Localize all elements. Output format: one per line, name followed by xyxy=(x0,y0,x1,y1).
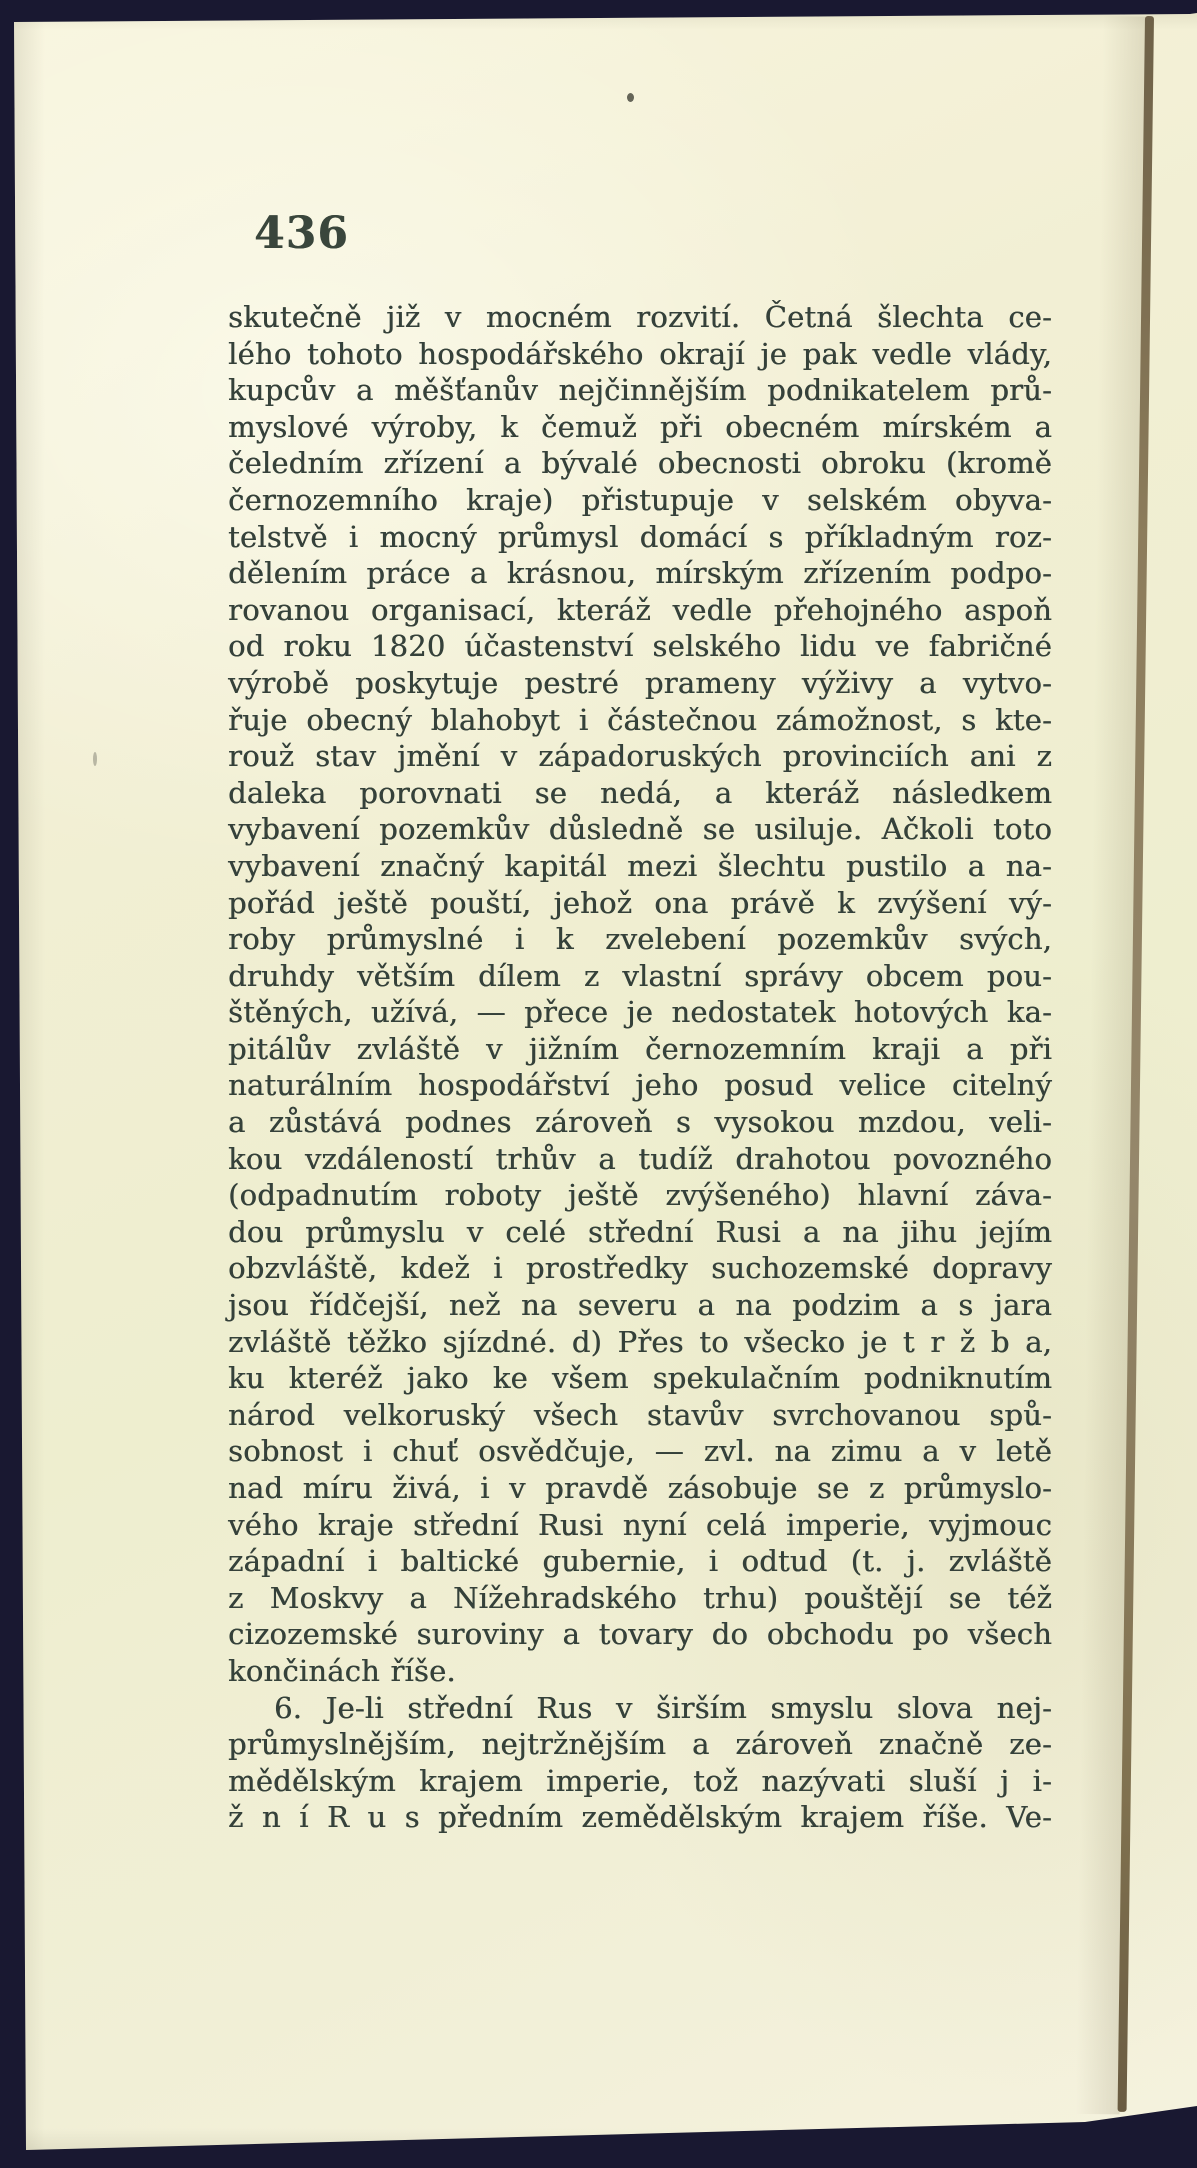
text-line: rouž stav jmění v západoruských provinci… xyxy=(228,738,1052,775)
text-line: nad míru živá, i v pravdě zásobuje se z … xyxy=(228,1470,1052,1507)
text-line: končinách říše. xyxy=(228,1653,1052,1690)
text-line: dou průmyslu v celé střední Rusi a na ji… xyxy=(228,1214,1052,1251)
text-line: pořád ještě pouští, jehož ona právě k zv… xyxy=(228,885,1052,922)
scan-speck xyxy=(627,93,634,102)
text-line: vybavení značný kapitál mezi šlechtu pus… xyxy=(228,848,1052,885)
text-line: výrobě poskytuje pestré prameny výživy a… xyxy=(228,665,1052,702)
text-line: západní i baltické gubernie, i odtud (t.… xyxy=(228,1543,1052,1580)
text-line: a zůstává podnes zároveň s vysokou mzdou… xyxy=(228,1104,1052,1141)
text-line: daleka porovnati se nedá, a kteráž násle… xyxy=(228,775,1052,812)
text-line: 6. Je-li střední Rus v širším smyslu slo… xyxy=(228,1690,1052,1727)
text-line: od roku 1820 účastenství selského lidu v… xyxy=(228,628,1052,665)
text-line: čeledním zřízení a bývalé obecnosti obro… xyxy=(228,445,1052,482)
text-line: roby průmyslné i k zvelebení pozemkův sv… xyxy=(228,921,1052,958)
text-line: pitálův zvláště v jižním černozemním kra… xyxy=(228,1031,1052,1068)
text-line: ž n í R u s předním zemědělským krajem ř… xyxy=(228,1799,1052,1836)
scan-speck xyxy=(93,752,97,766)
text-line: z Moskvy a Nížehradského trhu) pouštějí … xyxy=(228,1580,1052,1617)
text-line: lého tohoto hospodářského okrají je pak … xyxy=(228,336,1052,373)
text-line: národ velkoruský všech stavův svrchovano… xyxy=(228,1397,1052,1434)
text-line: rovanou organisací, kteráž vedle přehojn… xyxy=(228,592,1052,629)
text-line: sobnost i chuť osvědčuje, — zvl. na zimu… xyxy=(228,1433,1052,1470)
text-line: kupcův a měšťanův nejčinnějším podnikate… xyxy=(228,372,1052,409)
text-line: řuje obecný blahobyt i částečnou zámožno… xyxy=(228,702,1052,739)
text-line: obzvláště, kdež i prostředky suchozemské… xyxy=(228,1250,1052,1287)
text-line: ku kteréž jako ke všem spekulačním podni… xyxy=(228,1360,1052,1397)
text-line: (odpadnutím roboty ještě zvýšeného) hlav… xyxy=(228,1177,1052,1214)
text-line: průmyslnějším, nejtržnějším a zároveň zn… xyxy=(228,1726,1052,1763)
text-line: štěných, užívá, — přece je nedostatek ho… xyxy=(228,994,1052,1031)
text-line: myslové výroby, k čemuž při obecném mírs… xyxy=(228,409,1052,446)
text-line: zvláště těžko sjízdné. d) Přes to všecko… xyxy=(228,1324,1052,1361)
text-line: mědělským krajem imperie, tož nazývati s… xyxy=(228,1763,1052,1800)
text-line: telstvě i mocný průmysl domácí s příklad… xyxy=(228,519,1052,556)
text-line: cizozemské suroviny a tovary do obchodu … xyxy=(228,1616,1052,1653)
text-line: naturálním hospodářství jeho posud velic… xyxy=(228,1067,1052,1104)
text-line: kou vzdáleností trhův a tudíž drahotou p… xyxy=(228,1141,1052,1178)
text-block: skutečně již v mocném rozvití. Četná šle… xyxy=(228,299,1052,1836)
text-line: černozemního kraje) přistupuje v selském… xyxy=(228,482,1052,519)
text-line: dělením práce a krásnou, mírským zřízení… xyxy=(228,555,1052,592)
text-line: druhdy větším dílem z vlastní správy obc… xyxy=(228,958,1052,995)
text-line: jsou řídčejší, než na severu a na podzim… xyxy=(228,1287,1052,1324)
text-line: vybavení pozemkův důsledně se usiluje. A… xyxy=(228,811,1052,848)
text-line: vého kraje střední Rusi nyní celá imperi… xyxy=(228,1507,1052,1544)
text-line: skutečně již v mocném rozvití. Četná šle… xyxy=(228,299,1052,336)
page-number: 436 xyxy=(254,208,349,259)
